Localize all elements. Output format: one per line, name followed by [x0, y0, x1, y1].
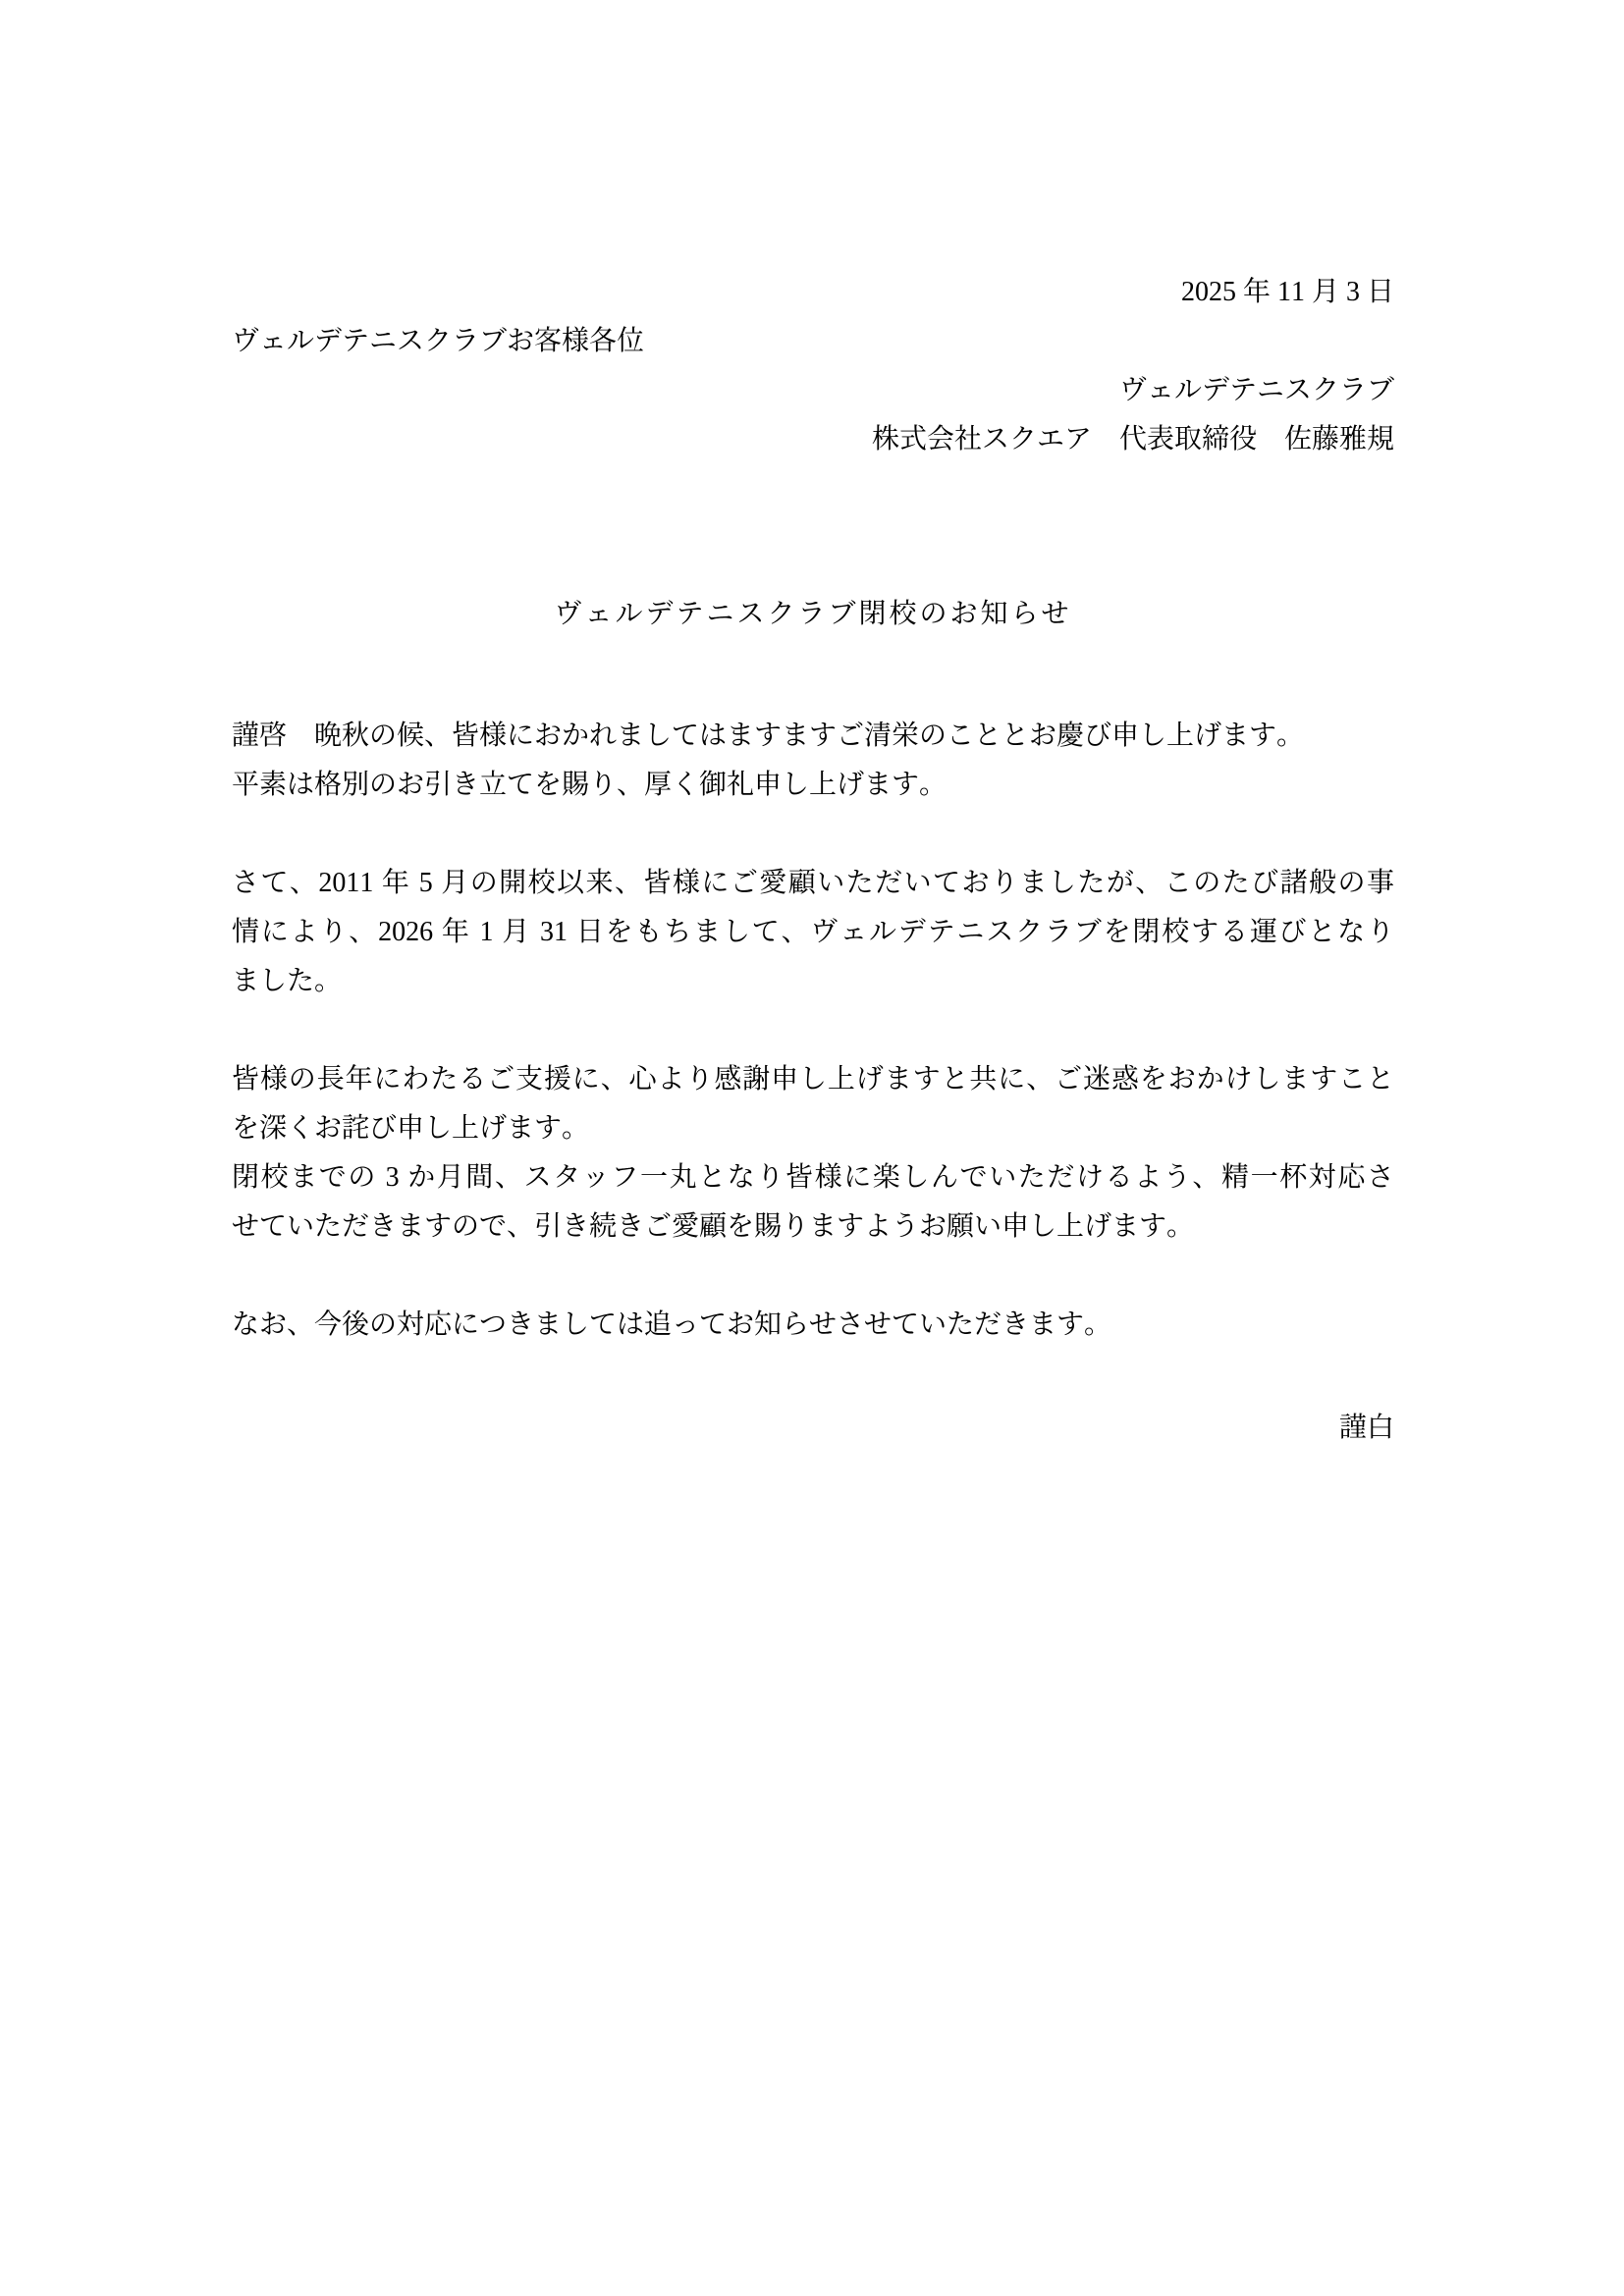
- letter-recipient: ヴェルデテニスクラブお客様各位: [232, 317, 1394, 366]
- gratitude-line-2: を深くお詫び申し上げます。: [232, 1104, 1394, 1153]
- closure-line-3: ました。: [232, 957, 1394, 1006]
- paragraph-gratitude-apology: 皆様の長年にわたるご支援に、心より感謝申し上げますと共に、ご迷惑をおかけしますこ…: [232, 1055, 1394, 1252]
- letter-page: 2025 年 11 月 3 日 ヴェルデテニスクラブお客様各位 ヴェルデテニスク…: [0, 0, 1624, 2296]
- sender-club-name: ヴェルデテニスクラブ: [232, 366, 1394, 415]
- gratitude-line-1: 皆様の長年にわたるご支援に、心より感謝申し上げますと共に、ご迷惑をおかけしますこ…: [232, 1055, 1394, 1104]
- closure-line-2: 情により、2026 年 1 月 31 日をもちまして、ヴェルデテニスクラブを閉校…: [232, 908, 1394, 957]
- gratitude-line-3: 閉校までの 3 か月間、スタッフ一丸となり皆様に楽しんでいただけるよう、精一杯対…: [232, 1153, 1394, 1202]
- letter-title: ヴェルデテニスクラブ閉校のお知らせ: [232, 590, 1394, 639]
- future-notice-line-1: なお、今後の対応につきましては追ってお知らせさせていただきます。: [232, 1301, 1394, 1350]
- closing-block: 謹白: [232, 1404, 1394, 1453]
- sender-company-and-representative: 株式会社スクエア 代表取締役 佐藤雅規: [232, 415, 1394, 464]
- letter-closing-word: 謹白: [232, 1404, 1394, 1453]
- gratitude-line-4: せていただきますので、引き続きご愛顧を賜りますようお願い申し上げます。: [232, 1202, 1394, 1252]
- closure-line-1: さて、2011 年 5 月の開校以来、皆様にご愛顧いただいておりましたが、このた…: [232, 859, 1394, 908]
- letter-content: 2025 年 11 月 3 日 ヴェルデテニスクラブお客様各位 ヴェルデテニスク…: [232, 268, 1394, 1453]
- paragraph-future-notice: なお、今後の対応につきましては追ってお知らせさせていただきます。: [232, 1301, 1394, 1350]
- greeting-line-1: 謹啓 晩秋の候、皆様におかれましてはますますご清栄のこととお慶び申し上げます。: [232, 712, 1394, 761]
- letter-date: 2025 年 11 月 3 日: [232, 268, 1394, 317]
- greeting-line-2: 平素は格別のお引き立てを賜り、厚く御礼申し上げます。: [232, 761, 1394, 810]
- paragraph-greeting: 謹啓 晩秋の候、皆様におかれましてはますますご清栄のこととお慶び申し上げます。 …: [232, 712, 1394, 810]
- paragraph-closure-announcement: さて、2011 年 5 月の開校以来、皆様にご愛顧いただいておりましたが、このた…: [232, 859, 1394, 1006]
